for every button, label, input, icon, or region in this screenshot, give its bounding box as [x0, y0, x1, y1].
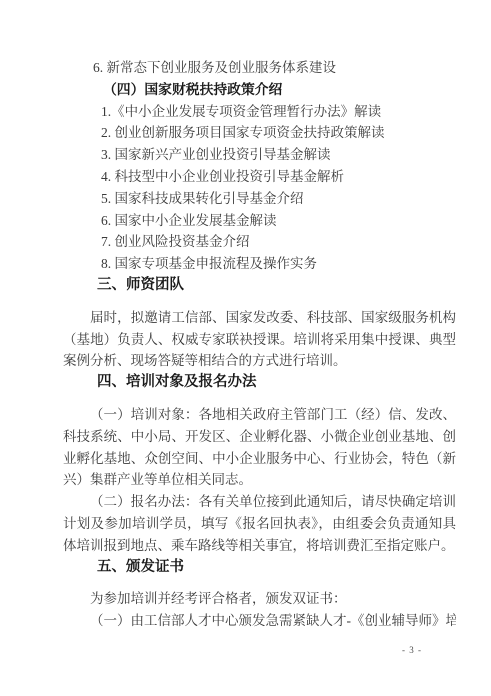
list-item: 7. 创业风险投资基金介绍: [63, 231, 456, 253]
enrollment-method-paragraph: （二）报名办法：各有关单位接到此通知后，请尽快确定培训计划及参加培训学员，填写《…: [63, 491, 456, 556]
list-item: 8. 国家专项基金申报流程及操作实务: [63, 253, 456, 275]
enrollment-targets-paragraph: （一）培训对象：各地相关政府主管部门工（经）信、发改、科技系统、中小局、开发区、…: [63, 404, 456, 491]
section-heading-enrollment: 四、培训对象及报名办法: [63, 372, 456, 394]
list-item: 5. 国家科技成果转化引导基金介绍: [63, 188, 456, 210]
list-item: 1.《中小企业发展专项资金管理暂行办法》解读: [63, 101, 456, 123]
list-item: 4. 科技型中小企业创业投资引导基金解析: [63, 166, 456, 188]
section-heading-faculty: 三、师资团队: [63, 275, 456, 297]
certificates-intro-paragraph: 为参加培训并经考评合格者，颁发双证书：: [63, 588, 456, 610]
document-content: 6. 新常态下创业服务及创业服务体系建设 （四）国家财税扶持政策介绍 1.《中小…: [63, 57, 456, 632]
document-page: 6. 新常态下创业服务及创业服务体系建设 （四）国家财税扶持政策介绍 1.《中小…: [0, 0, 491, 696]
certificate-item-paragraph: （一）由工信部人才中心颁发急需紧缺人才-《创业辅导师》培: [63, 610, 456, 632]
outline-item-6: 6. 新常态下创业服务及创业服务体系建设: [63, 57, 456, 79]
page-number: - 3 -: [402, 645, 422, 655]
list-item: 3. 国家新兴产业创业投资引导基金解读: [63, 144, 456, 166]
list-item: 2. 创业创新服务项目国家专项资金扶持政策解读: [63, 122, 456, 144]
section-heading-certificates: 五、颁发证书: [63, 557, 456, 579]
list-item: 6. 国家中小企业发展基金解读: [63, 210, 456, 232]
subsection-heading-fiscal-policy: （四）国家财税扶持政策介绍: [63, 79, 456, 101]
faculty-paragraph: 届时，拟邀请工信部、国家发改委、科技部、国家级服务机构（基地）负责人、权威专家联…: [63, 307, 456, 372]
